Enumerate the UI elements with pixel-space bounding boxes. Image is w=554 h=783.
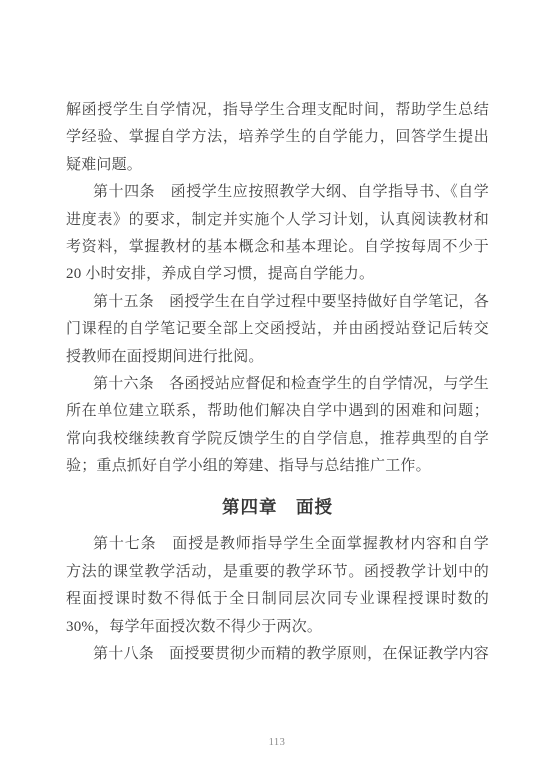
- text-line: 第十六条 各函授站应督促和检查学生的自学情况，与学生: [66, 371, 489, 398]
- text-line: 程面授课时数不得低于全日制同层次同专业课程授课时数的: [66, 586, 489, 613]
- document-page: 解函授学生自学情况，指导学生合理支配时间，帮助学生总结自学经验、掌握自学方法，培…: [0, 0, 554, 783]
- text-line: 验；重点抓好自学小组的筹建、指导与总结推广工作。: [66, 453, 489, 480]
- text-line: 第十五条 函授学生在自学过程中要坚持做好自学笔记，各: [66, 289, 489, 316]
- text-line: 解函授学生自学情况，指导学生合理支配时间，帮助学生总结自: [66, 97, 489, 124]
- text-line: 学经验、掌握自学方法，培养学生的自学能力，回答学生提出的: [66, 124, 489, 151]
- text-line: 进度表》的要求，制定并实施个人学习计划，认真阅读教材和参: [66, 207, 489, 234]
- text-line: 所在单位建立联系，帮助他们解决自学中遇到的困难和问题；经: [66, 398, 489, 425]
- text-line: 30%，每学年面授次数不得少于两次。: [66, 614, 489, 641]
- text-line: 第十七条 面授是教师指导学生全面掌握教材内容和自学: [66, 531, 489, 558]
- page-number: 113: [0, 737, 554, 748]
- text-line: 授教师在面授期间进行批阅。: [66, 344, 489, 371]
- text-line: 第十四条 函授学生应按照教学大纲、自学指导书、《自学: [66, 179, 489, 206]
- text-line: 方法的课堂教学活动，是重要的教学环节。函授教学计划中的课: [66, 559, 489, 586]
- document-body: 解函授学生自学情况，指导学生合理支配时间，帮助学生总结自学经验、掌握自学方法，培…: [66, 97, 489, 668]
- text-line: 考资料，掌握教材的基本概念和基本理论。自学按每周不少于: [66, 234, 489, 261]
- text-line: 门课程的自学笔记要全部上交函授站，并由函授站登记后转交函: [66, 316, 489, 343]
- text-line: 第十八条 面授要贯彻少而精的教学原则，在保证教学内容: [66, 641, 489, 668]
- text-line: 20 小时安排，养成自学习惯，提高自学能力。: [66, 261, 489, 288]
- text-line: 疑难问题。: [66, 152, 489, 179]
- text-line: 常向我校继续教育学院反馈学生的自学信息，推荐典型的自学经: [66, 426, 489, 453]
- chapter-heading: 第四章 面授: [66, 492, 489, 522]
